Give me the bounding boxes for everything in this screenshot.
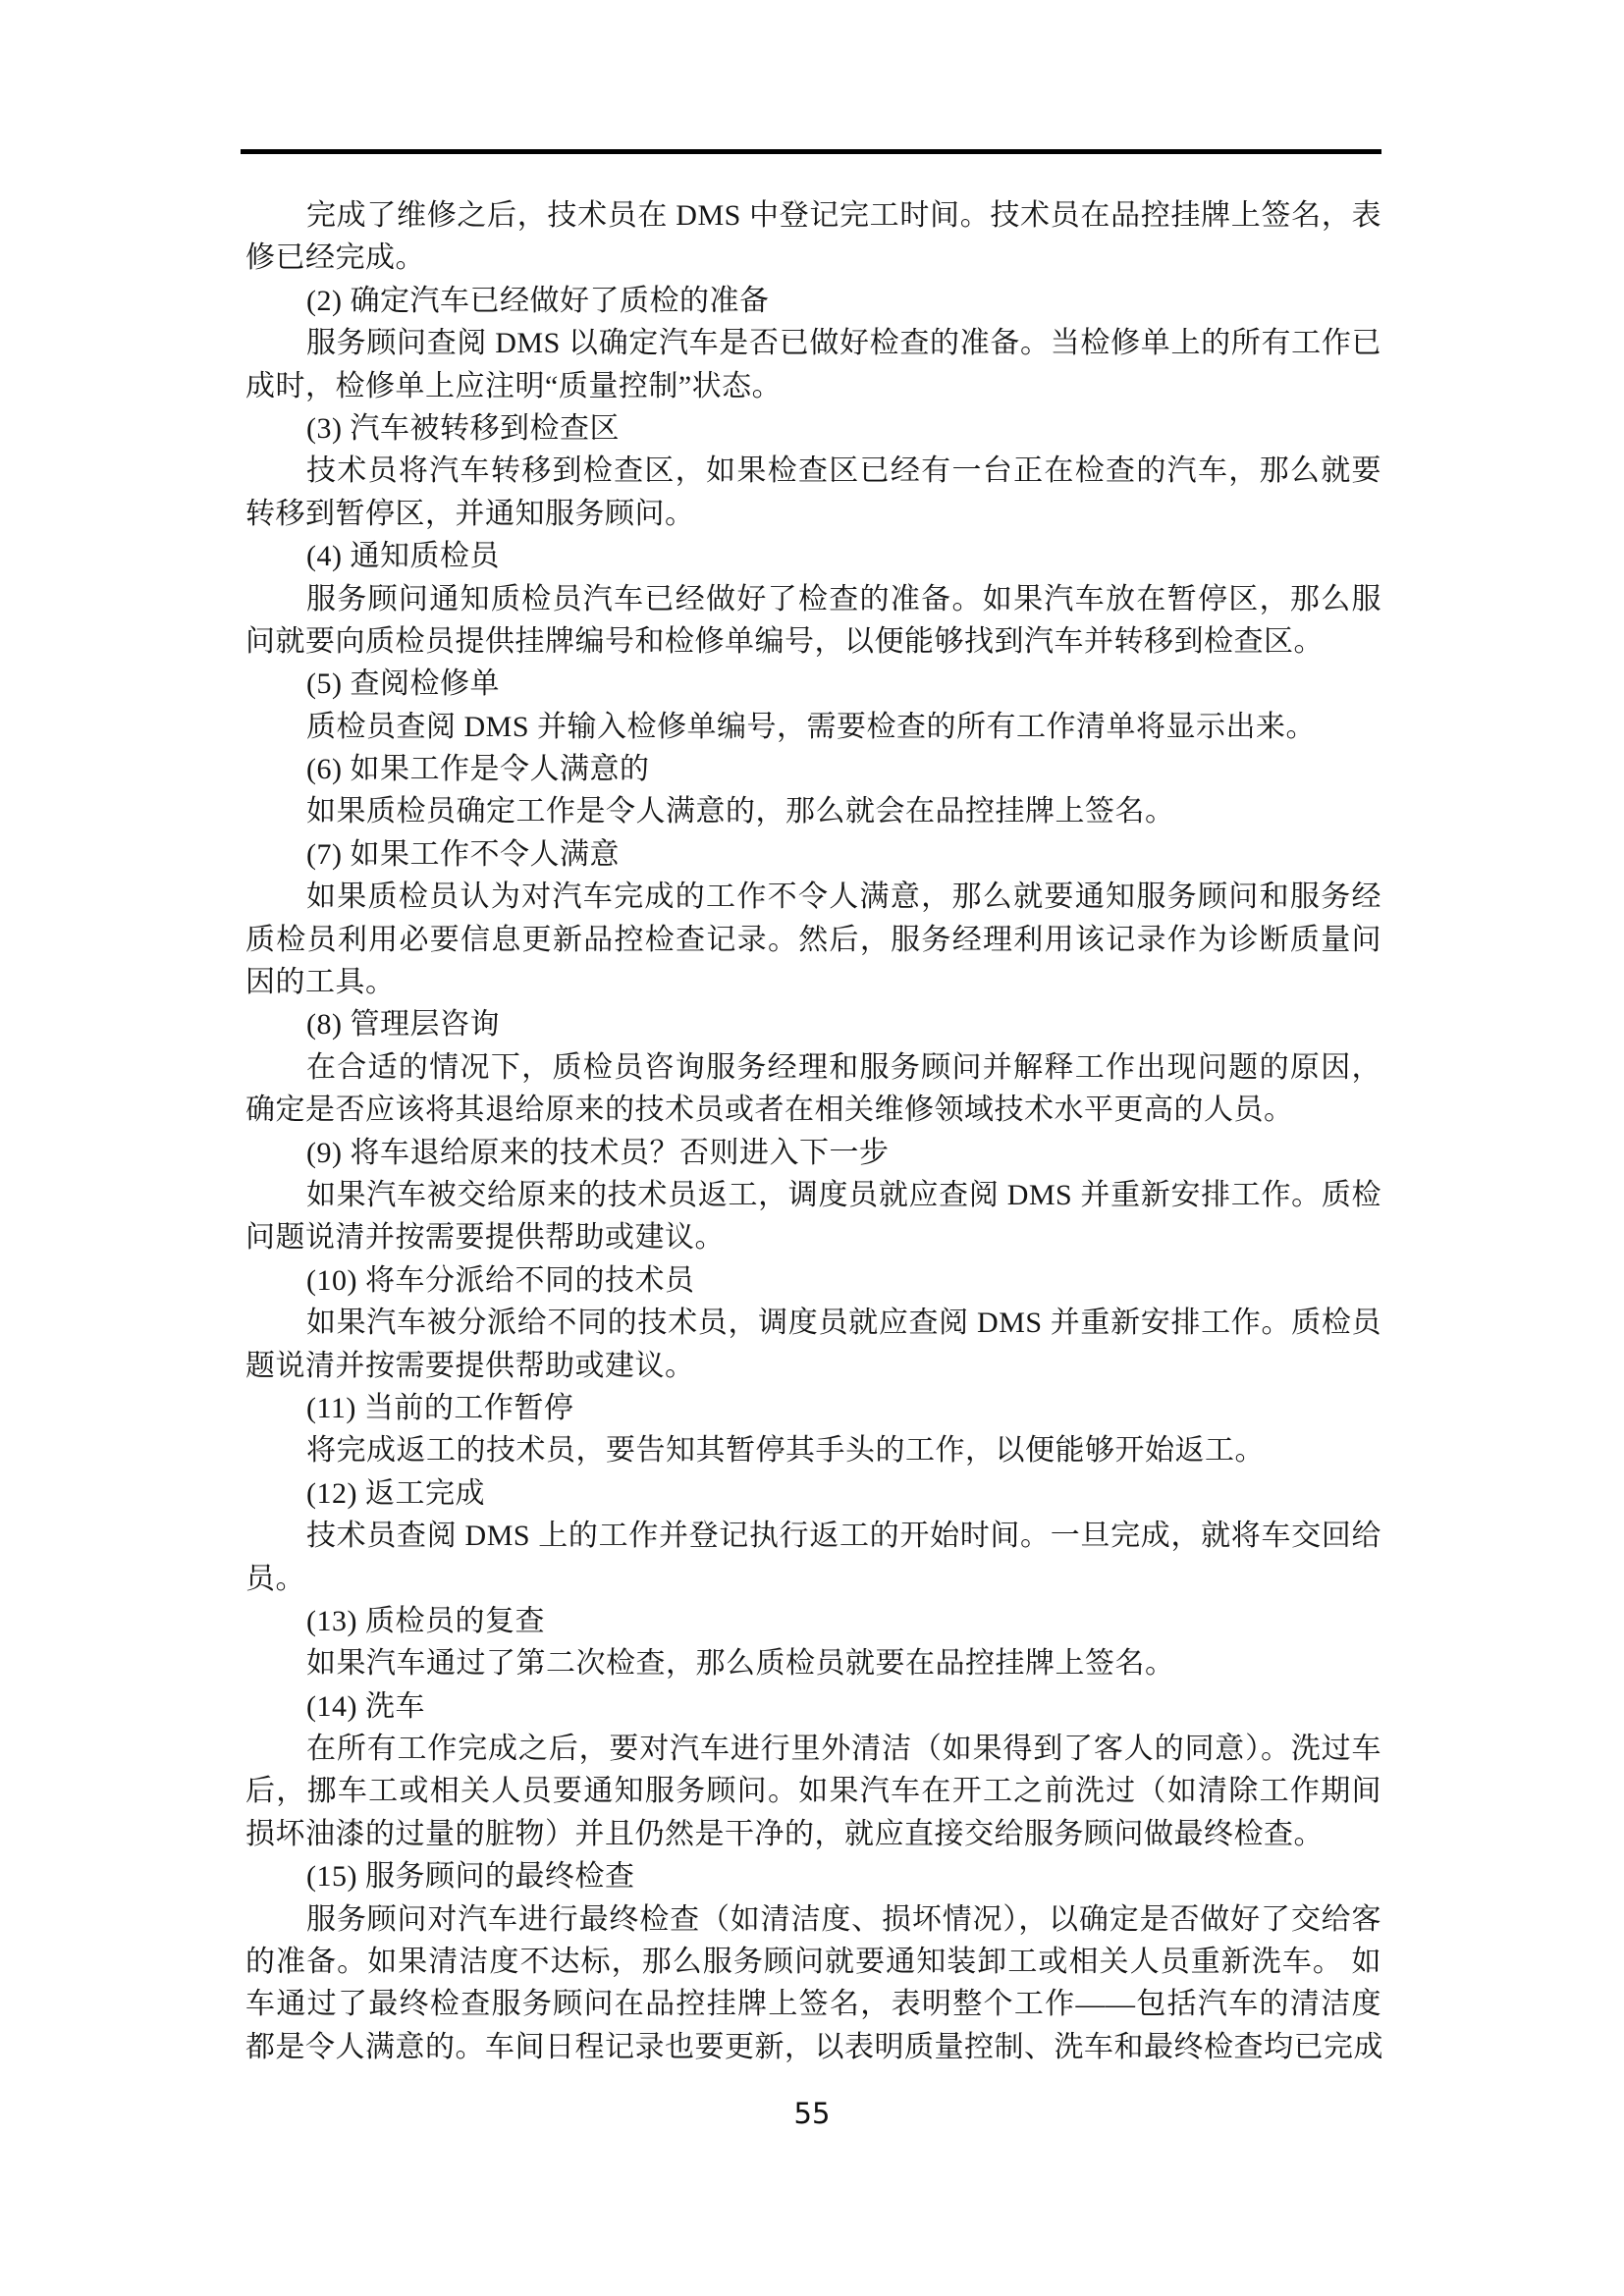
text-line: 在合适的情况下，质检员咨询服务经理和服务顾问并解释工作出现问题的原因，同时 xyxy=(245,1046,1381,1089)
text-line: 服务顾问通知质检员汽车已经做好了检查的准备。如果汽车放在暂停区，那么服务顾 xyxy=(245,578,1381,620)
text-line: (9) 将车退给原来的技术员？否则进入下一步 xyxy=(245,1132,1381,1174)
text-line: 如果汽车被分派给不同的技术员，调度员就应查阅 DMS 并重新安排工作。质检员将问 xyxy=(245,1302,1381,1344)
text-line: 问题说清并按需要提供帮助或建议。 xyxy=(245,1216,1381,1258)
text-line: 质检员查阅 DMS 并输入检修单编号，需要检查的所有工作清单将显示出来。 xyxy=(245,706,1381,748)
text-line: 车通过了最终检查服务顾问在品控挂牌上签名，表明整个工作——包括汽车的清洁度—— xyxy=(245,1983,1381,2025)
text-line: 损坏油漆的过量的脏物）并且仍然是干净的，就应直接交给服务顾问做最终检查。 xyxy=(245,1813,1381,1855)
document-page: 完成了维修之后，技术员在 DMS 中登记完工时间。技术员在品控挂牌上签名，表示维… xyxy=(0,0,1624,2296)
page-number: 55 xyxy=(0,2097,1624,2130)
text-line: (13) 质检员的复查 xyxy=(245,1600,1381,1642)
text-line: 问就要向质检员提供挂牌编号和检修单编号，以便能够找到汽车并转移到检查区。 xyxy=(245,620,1381,663)
text-line: 确定是否应该将其退给原来的技术员或者在相关维修领域技术水平更高的人员。 xyxy=(245,1089,1381,1131)
text-line: (12) 返工完成 xyxy=(245,1472,1381,1515)
text-line: 服务顾问查阅 DMS 以确定汽车是否已做好检查的准备。当检修单上的所有工作已经完 xyxy=(245,322,1381,364)
text-line: 后，挪车工或相关人员要通知服务顾问。如果汽车在开工之前洗过（如清除工作期间可能会 xyxy=(245,1770,1381,1812)
text-line: (4) 通知质检员 xyxy=(245,535,1381,577)
text-line: 如果汽车通过了第二次检查，那么质检员就要在品控挂牌上签名。 xyxy=(245,1642,1381,1684)
text-line: 题说清并按需要提供帮助或建议。 xyxy=(245,1345,1381,1387)
text-line: (15) 服务顾问的最终检查 xyxy=(245,1855,1381,1897)
text-line: (7) 如果工作不令人满意 xyxy=(245,833,1381,876)
text-line: 修已经完成。 xyxy=(245,237,1381,279)
text-line: (8) 管理层咨询 xyxy=(245,1003,1381,1045)
text-line: 服务顾问对汽车进行最终检查（如清洁度、损坏情况），以确定是否做好了交给客人 xyxy=(245,1898,1381,1941)
text-line: (2) 确定汽车已经做好了质检的准备 xyxy=(245,280,1381,322)
text-line: 质检员利用必要信息更新品控检查记录。然后，服务经理利用该记录作为诊断质量问题之原 xyxy=(245,919,1381,961)
text-line: 如果质检员认为对汽车完成的工作不令人满意，那么就要通知服务顾问和服务经理。 xyxy=(245,876,1381,918)
text-line: (3) 汽车被转移到检查区 xyxy=(245,407,1381,450)
text-line: 如果汽车被交给原来的技术员返工，调度员就应查阅 DMS 并重新安排工作。质检员将 xyxy=(245,1174,1381,1216)
text-line: (6) 如果工作是令人满意的 xyxy=(245,748,1381,790)
header-rule xyxy=(241,149,1381,154)
text-line: 在所有工作完成之后，要对汽车进行里外清洁（如果得到了客人的同意）。洗过车之 xyxy=(245,1728,1381,1770)
text-line: (5) 查阅检修单 xyxy=(245,663,1381,705)
text-line: 成时，检修单上应注明“质量控制”状态。 xyxy=(245,365,1381,407)
text-line: (11) 当前的工作暂停 xyxy=(245,1387,1381,1429)
text-line: 转移到暂停区，并通知服务顾问。 xyxy=(245,493,1381,535)
text-line: 因的工具。 xyxy=(245,961,1381,1003)
text-line: (10) 将车分派给不同的技术员 xyxy=(245,1259,1381,1302)
text-line: 的准备。如果清洁度不达标，那么服务顾问就要通知装卸工或相关人员重新洗车。 如果汽 xyxy=(245,1941,1381,1983)
text-line: 技术员将汽车转移到检查区，如果检查区已经有一台正在检查的汽车，那么就要将车 xyxy=(245,450,1381,492)
text-line: 如果质检员确定工作是令人满意的，那么就会在品控挂牌上签名。 xyxy=(245,790,1381,832)
text-line: 将完成返工的技术员，要告知其暂停其手头的工作，以便能够开始返工。 xyxy=(245,1429,1381,1471)
text-line: 完成了维修之后，技术员在 DMS 中登记完工时间。技术员在品控挂牌上签名，表示维 xyxy=(245,194,1381,237)
text-line: 员。 xyxy=(245,1558,1381,1600)
document-body: 完成了维修之后，技术员在 DMS 中登记完工时间。技术员在品控挂牌上签名，表示维… xyxy=(245,194,1381,2068)
text-line: (14) 洗车 xyxy=(245,1685,1381,1728)
text-line: 都是令人满意的。车间日程记录也要更新，以表明质量控制、洗车和最终检查均已完成。 xyxy=(245,2026,1381,2068)
text-line: 技术员查阅 DMS 上的工作并登记执行返工的开始时间。一旦完成，就将车交回给质检 xyxy=(245,1515,1381,1557)
